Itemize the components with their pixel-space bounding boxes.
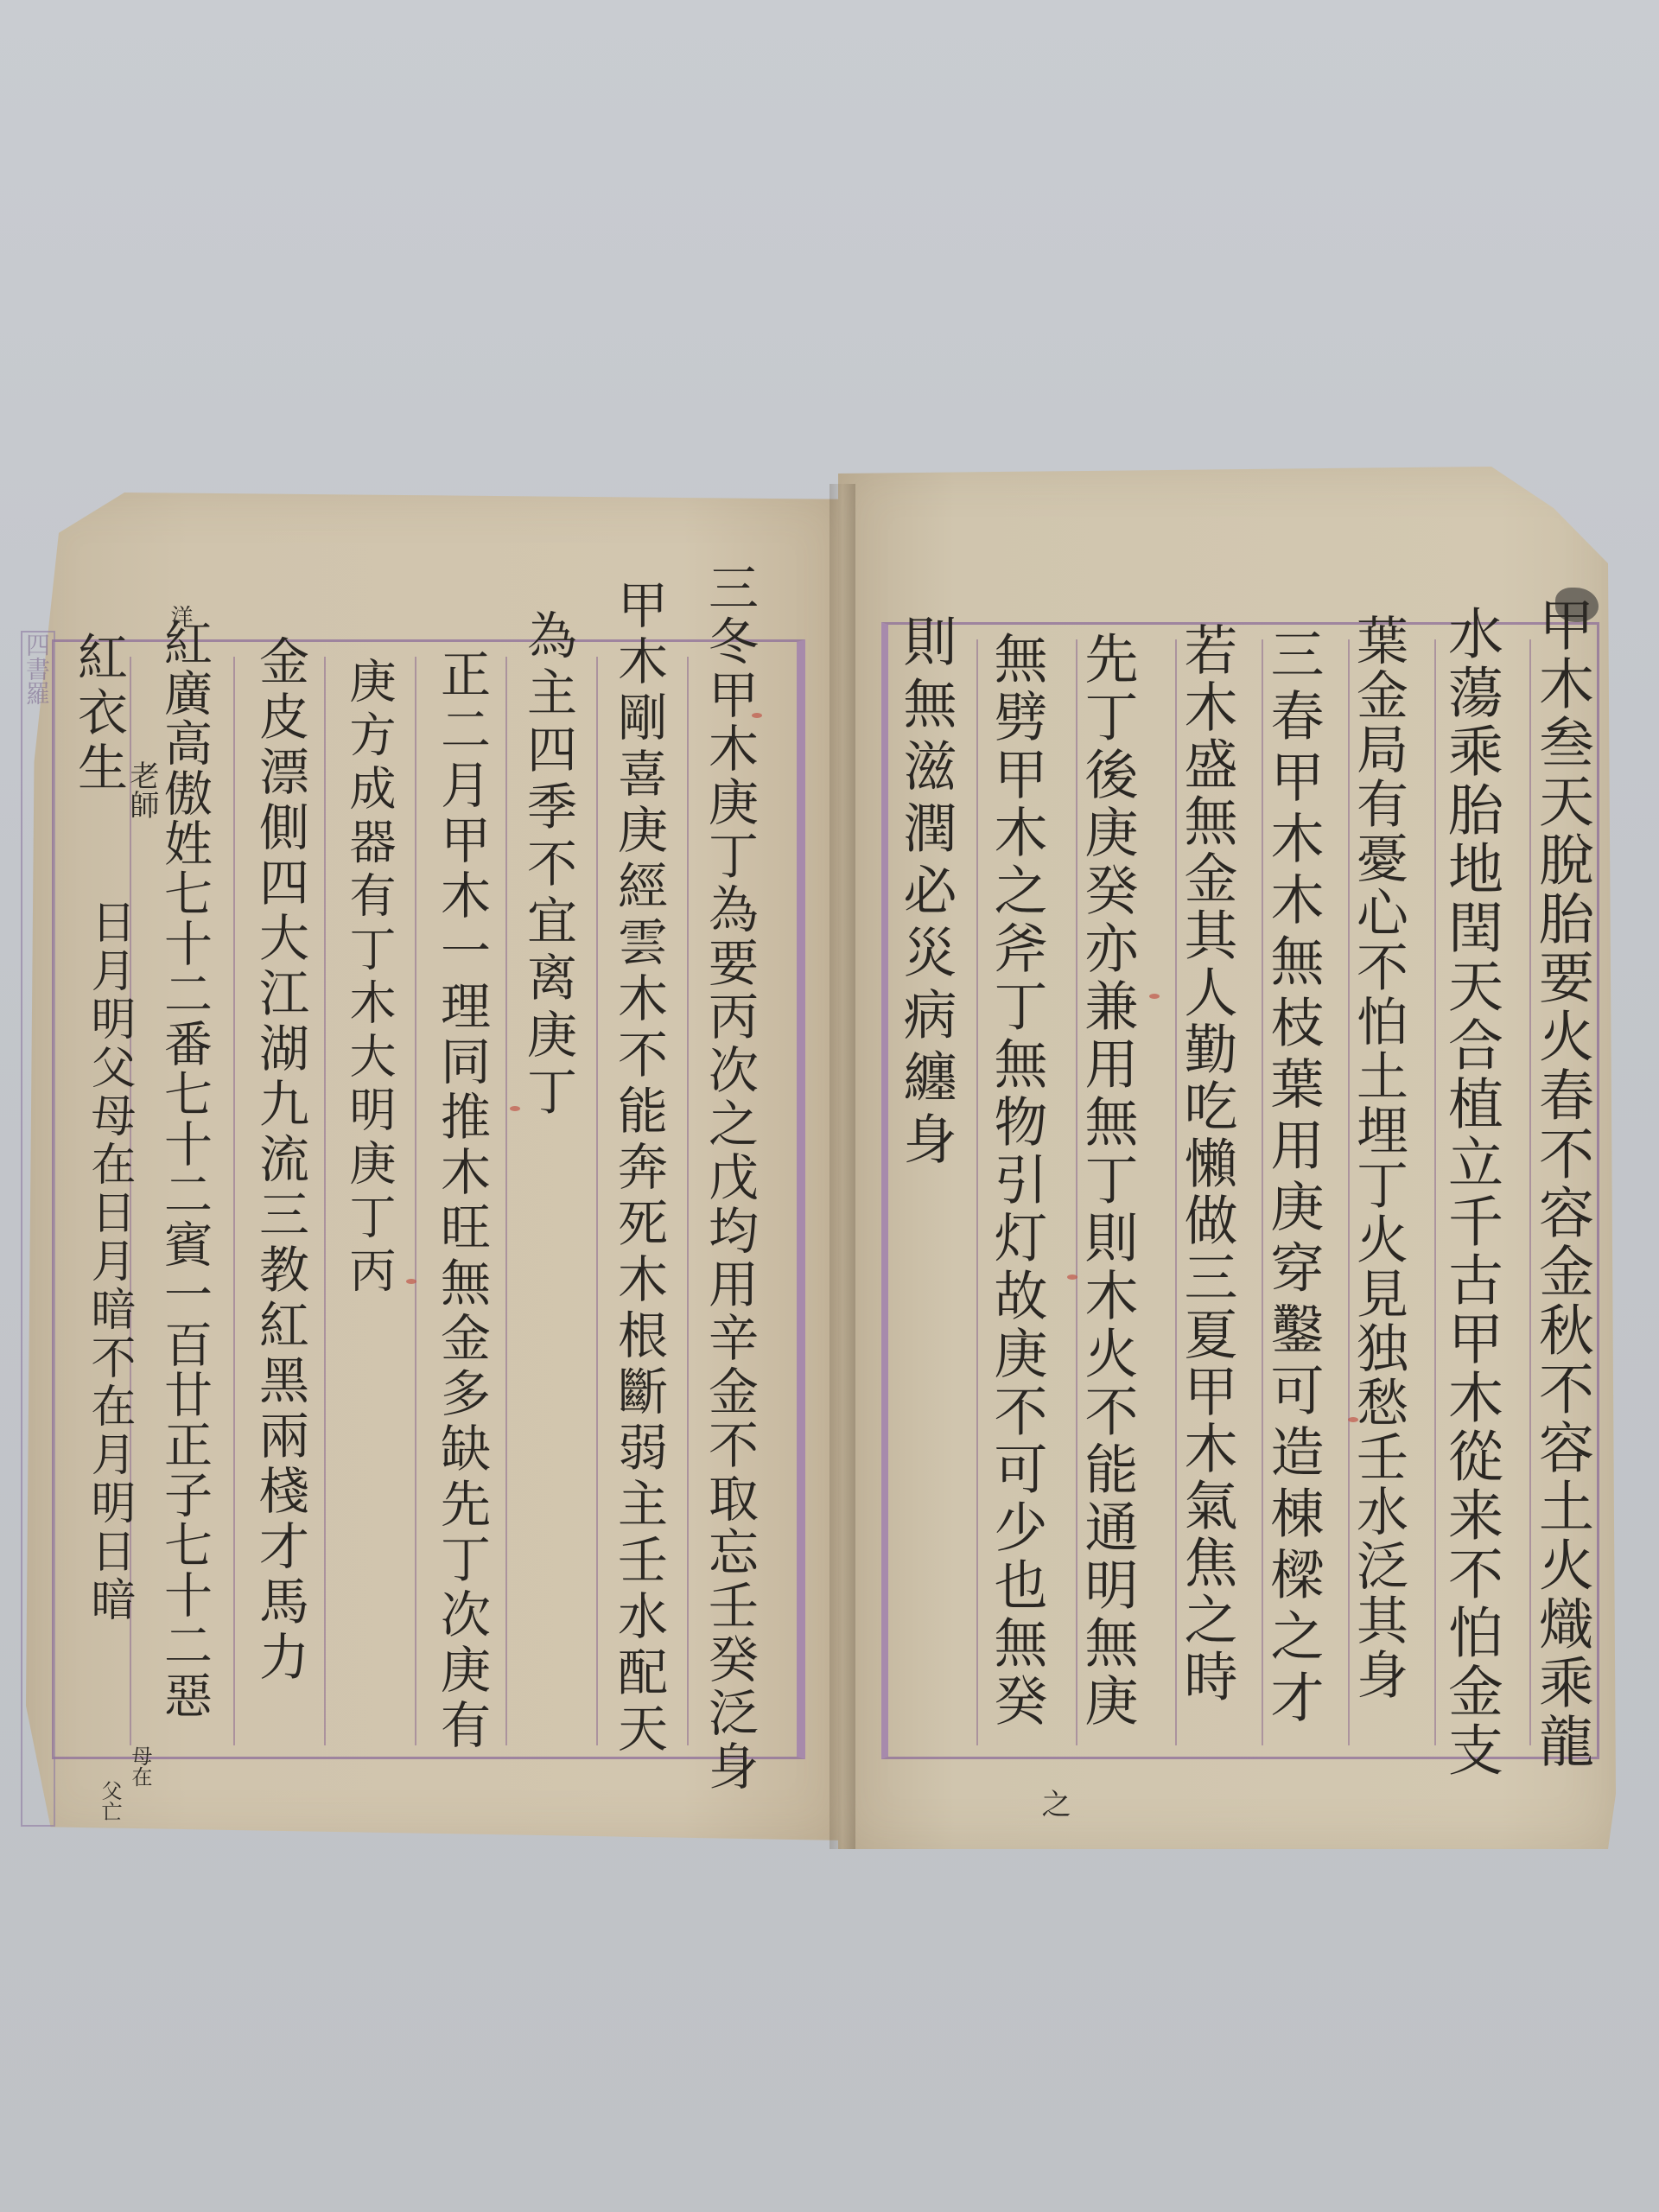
annotation-bottom: 父亡 [95, 1780, 125, 1821]
text-column: 水蕩乘胎地閏天合植立千古甲木從来不怕金支 [1443, 605, 1498, 1780]
text-column: 則無滋潤必災病纏身 [899, 613, 952, 1173]
column-rule [233, 657, 235, 1745]
annotation-top: 洋 [164, 605, 196, 627]
text-column: 紅衣生 [73, 631, 124, 797]
text-column: 紅廣高傲姓七十二番七十二賓一百廿正子七十二惡 [160, 618, 208, 1720]
text-column: 為主四季不宜离庚丁 [523, 609, 573, 1122]
text-column: 日月明父母在日月暗不在月明日暗 [86, 899, 131, 1624]
column-rule [1434, 639, 1436, 1745]
text-column: 葉金局有憂心不怕土埋丁火見独愁壬水泛其身 [1352, 613, 1404, 1702]
punctuation-mark [1348, 1417, 1358, 1422]
column-rule [505, 657, 507, 1745]
text-column: 三冬甲木庚丁為要丙次之戊均用辛金不取忘壬癸泛身 [704, 562, 754, 1794]
spine-edge-stamp: 四書羅 [21, 631, 55, 1827]
text-column: 若木盛無金其人勤吃懶做三夏甲木氣焦之時 [1179, 622, 1233, 1706]
punctuation-mark [1149, 994, 1160, 999]
annotation-teacher: 老師 [121, 760, 163, 819]
punctuation-mark [510, 1106, 520, 1111]
column-rule [324, 657, 326, 1745]
text-column: 甲木叁天脫胎要火春不容金秋不容土火熾乘龍 [1534, 596, 1589, 1771]
text-column: 甲木剛喜庚經雲木不能奔死木根斷弱主壬水配天 [613, 579, 664, 1758]
text-column: 金皮漂側四大江湖九流三教紅黑兩棧才馬力 [255, 635, 305, 1686]
text-column: 三春甲木木無枝葉用庚穿鑿可造棟樑之才 [1266, 626, 1319, 1731]
column-rule [976, 639, 978, 1745]
punctuation-mark [752, 713, 762, 718]
text-column: 正二月甲木一理同推木旺無金多缺先丁次庚有 [436, 648, 486, 1754]
column-rule [415, 657, 416, 1745]
text-column: 先丁後庚癸亦兼用無丁則木火不能通明無庚 [1080, 631, 1134, 1731]
punctuation-mark [406, 1279, 416, 1284]
book-gutter [829, 484, 855, 1849]
text-column: 庚方成器有丁木大明庚丁丙 [346, 657, 392, 1300]
annotation-bottom: 母在 [125, 1745, 156, 1787]
tail-mark: 之 [1033, 1789, 1075, 1818]
column-rule [687, 657, 689, 1745]
manuscript-spread: 四書羅 甲木叁天脫胎要火春不容金秋不容土火熾乘龍 水蕩乘胎地閏天合植立千古甲木從… [0, 0, 1659, 2212]
punctuation-mark [1067, 1274, 1077, 1280]
column-rule [596, 657, 598, 1745]
text-column: 無劈甲木之斧丁無物引灯故庚不可少也無癸 [989, 631, 1043, 1731]
